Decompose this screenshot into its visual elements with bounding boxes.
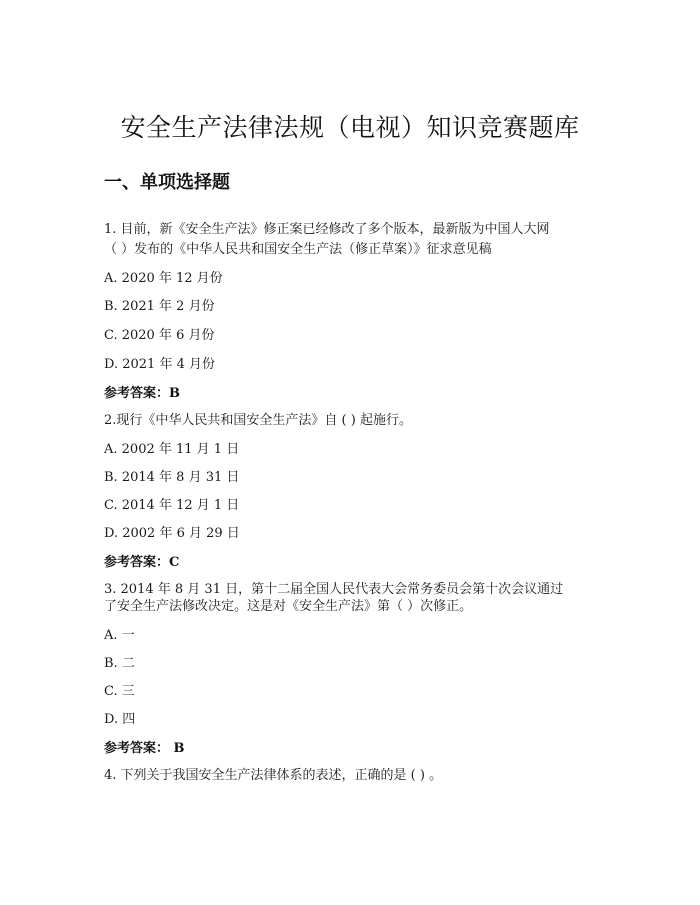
question-3-answer: 参考答案： B [104, 739, 185, 759]
question-2-answer: 参考答案：C [104, 553, 179, 573]
question-1-text-line-1: 1. 目前，新《安全生产法》修正案已经修改了多个版本，最新版为中国人大网 [104, 220, 550, 240]
question-1-answer: 参考答案：B [104, 384, 180, 404]
question-1-option-c: C. 2020 年 6 月份 [104, 326, 215, 346]
question-3-option-d: D. 四 [104, 710, 135, 730]
question-3-text-line-2: 了安全生产法修改决定。这是对《安全生产法》第（ ）次修正。 [104, 597, 472, 617]
question-2-option-d: D. 2002 年 6 月 29 日 [104, 524, 240, 544]
question-2-text: 2.现行《中华人民共和国安全生产法》自 ( ) 起施行。 [104, 411, 412, 431]
question-2-option-b: B. 2014 年 8 月 31 日 [104, 468, 239, 488]
question-1-option-a: A. 2020 年 12 月份 [104, 269, 223, 289]
question-2-option-c: C. 2014 年 12 月 1 日 [104, 496, 239, 516]
question-1-option-b: B. 2021 年 2 月份 [104, 297, 215, 317]
section-heading: 一、单项选择题 [104, 170, 230, 196]
document-title: 安全生产法律法规（电视）知识竞赛题库 [0, 110, 700, 146]
question-2-option-a: A. 2002 年 11 月 1 日 [104, 440, 239, 460]
question-4-text: 4. 下列关于我国安全生产法律体系的表述，正确的是 ( ) 。 [104, 766, 442, 786]
question-3-option-a: A. 一 [104, 626, 135, 646]
question-1-option-d: D. 2021 年 4 月份 [104, 355, 215, 375]
question-3-option-b: B. 二 [104, 654, 135, 674]
question-3-option-c: C. 三 [104, 682, 135, 702]
question-1-text-line-2: （ ）发布的《中华人民共和国安全生产法（修正草案）》征求意见稿 [104, 240, 492, 260]
document-page: 安全生产法律法规（电视）知识竞赛题库 一、单项选择题 1. 目前，新《安全生产法… [0, 0, 700, 905]
